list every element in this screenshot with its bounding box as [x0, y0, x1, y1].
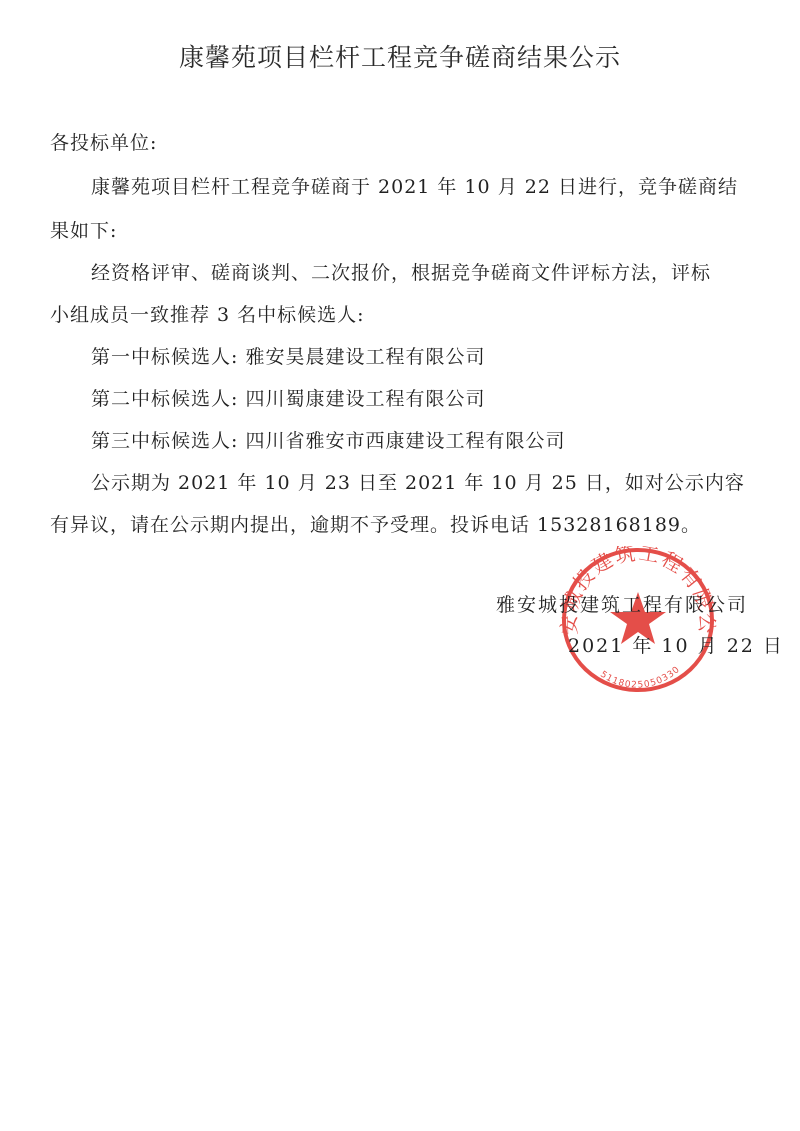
notice-line-2: 有异议，请在公示期内提出，逾期不予受理。投诉电话 15328168189。	[50, 510, 701, 537]
salutation: 各投标单位:	[50, 128, 157, 155]
paragraph-1-line-2: 果如下:	[50, 216, 117, 243]
signature-date: 2021 年 10 月 22 日	[568, 631, 784, 658]
paragraph-2-line-2: 小组成员一致推荐 3 名中标候选人:	[50, 300, 365, 327]
paragraph-2-line-1: 经资格评审、磋商谈判、二次报价，根据竞争磋商文件评标方法，评标	[91, 258, 711, 285]
candidate-2: 第二中标候选人: 四川蜀康建设工程有限公司	[91, 384, 485, 411]
signature-company: 雅安城投建筑工程有限公司	[496, 590, 748, 617]
document-title: 康馨苑项目栏杆工程竞争磋商结果公示	[0, 38, 800, 74]
company-seal-stamp: 雅安城投建筑工程有限公司 5118025050330	[558, 546, 718, 694]
candidate-3: 第三中标候选人: 四川省雅安市西康建设工程有限公司	[91, 426, 565, 453]
candidate-1: 第一中标候选人: 雅安昊晨建设工程有限公司	[91, 342, 485, 369]
paragraph-1-line-1: 康馨苑项目栏杆工程竞争磋商于 2021 年 10 月 22 日进行，竞争磋商结	[91, 172, 738, 199]
notice-line-1: 公示期为 2021 年 10 月 23 日至 2021 年 10 月 25 日，…	[91, 468, 745, 495]
svg-text:5118025050330: 5118025050330	[598, 665, 682, 691]
